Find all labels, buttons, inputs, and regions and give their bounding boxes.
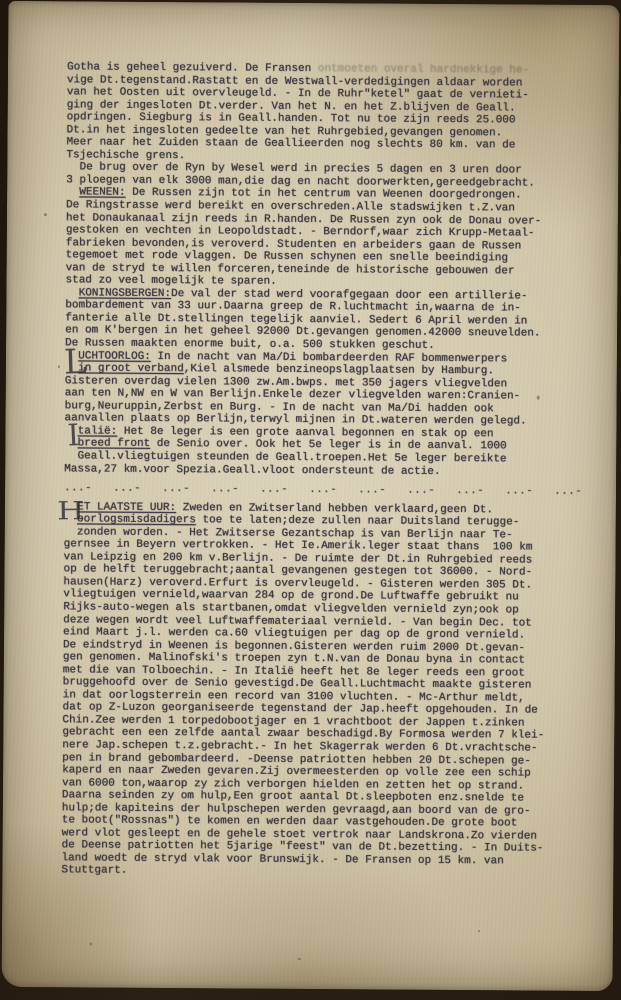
paper-speck	[58, 365, 60, 368]
weenen-body: De Ringstrasse werd bereikt en overschre…	[65, 199, 582, 290]
italie-heading: talië:	[78, 425, 118, 437]
handwritten-initial-I: I	[67, 422, 80, 450]
koningsbergen-indent	[65, 287, 78, 299]
luchtoorlog-second-rest: ,Kiel alsmede benzineopslagplaatsen by H…	[184, 363, 494, 377]
document-page: Gotha is geheel gezuiverd. De Fransen on…	[2, 1, 620, 991]
section-western-front: Gotha is geheel gezuiverd. De Fransen on…	[66, 61, 583, 190]
section-laatste-uur: H ET LAATSTE UUR: Zweden en Zwitserland …	[61, 501, 580, 881]
koningsbergen-body: bombardement van 33 uur.Daarna greep de …	[65, 300, 581, 354]
paper-speck	[298, 958, 301, 960]
paper-speck	[90, 942, 92, 945]
photo-background: Gotha is geheel gezuiverd. De Fransen on…	[0, 0, 621, 1000]
section-koningsbergen: KONINGSBERGEN:De val der stad werd voora…	[65, 287, 581, 353]
laatste-underline2: oorlogsmisdadigers	[77, 514, 196, 527]
laatste-body: zonden worden. - Het Zwitserse Gezantsch…	[61, 526, 579, 881]
section-luchtoorlog: L UCHTOORLOG: In de nacht van Ma/Di bomb…	[64, 350, 581, 429]
italie-body: Geall.vliegtuigen steunden de Geall.troe…	[64, 450, 580, 479]
italie-underline2: breed front	[78, 438, 151, 451]
weenen-indent	[66, 187, 79, 199]
luchtoorlog-body: Gisteren overdag vielen 1300 zw.Am.bwps.…	[64, 375, 580, 429]
intro-body: vige Dt.tegenstand.Rastatt en de Westwal…	[66, 74, 583, 191]
paper-speck	[478, 930, 480, 932]
section-weenen: WEENEN: De Russen zijn tot in het centru…	[65, 187, 582, 291]
paper-speck	[44, 213, 47, 216]
handwritten-initial-L: L	[64, 347, 87, 378]
intro-faded-text: ontmoeten overal hardnekkige he-	[318, 63, 529, 76]
laatste-heading: ET LAATSTE UUR:	[77, 501, 176, 514]
luchtoorlog-heading: UCHTOORLOG:	[78, 350, 151, 363]
laatste-second-rest: toe te laten;deze zullen naar Duitsland …	[196, 514, 520, 528]
intro-text: Gotha is geheel gezuiverd. De Fransen	[67, 61, 318, 75]
section-italie: I talië: Het 8e leger is een grote aanva…	[64, 425, 580, 479]
weenen-heading: WEENEN:	[79, 187, 125, 199]
handwritten-initial-H: H	[57, 499, 85, 523]
luchtoorlog-underline2: in groot verband	[78, 362, 184, 375]
document-text: Gotha is geheel gezuiverd. De Fransen on…	[61, 61, 583, 881]
koningsbergen-heading: KONINGSBERGEN:	[79, 287, 172, 300]
dotted-separator: ...- ...- ...- ...- ...- ...- ...- ...- …	[64, 482, 580, 498]
